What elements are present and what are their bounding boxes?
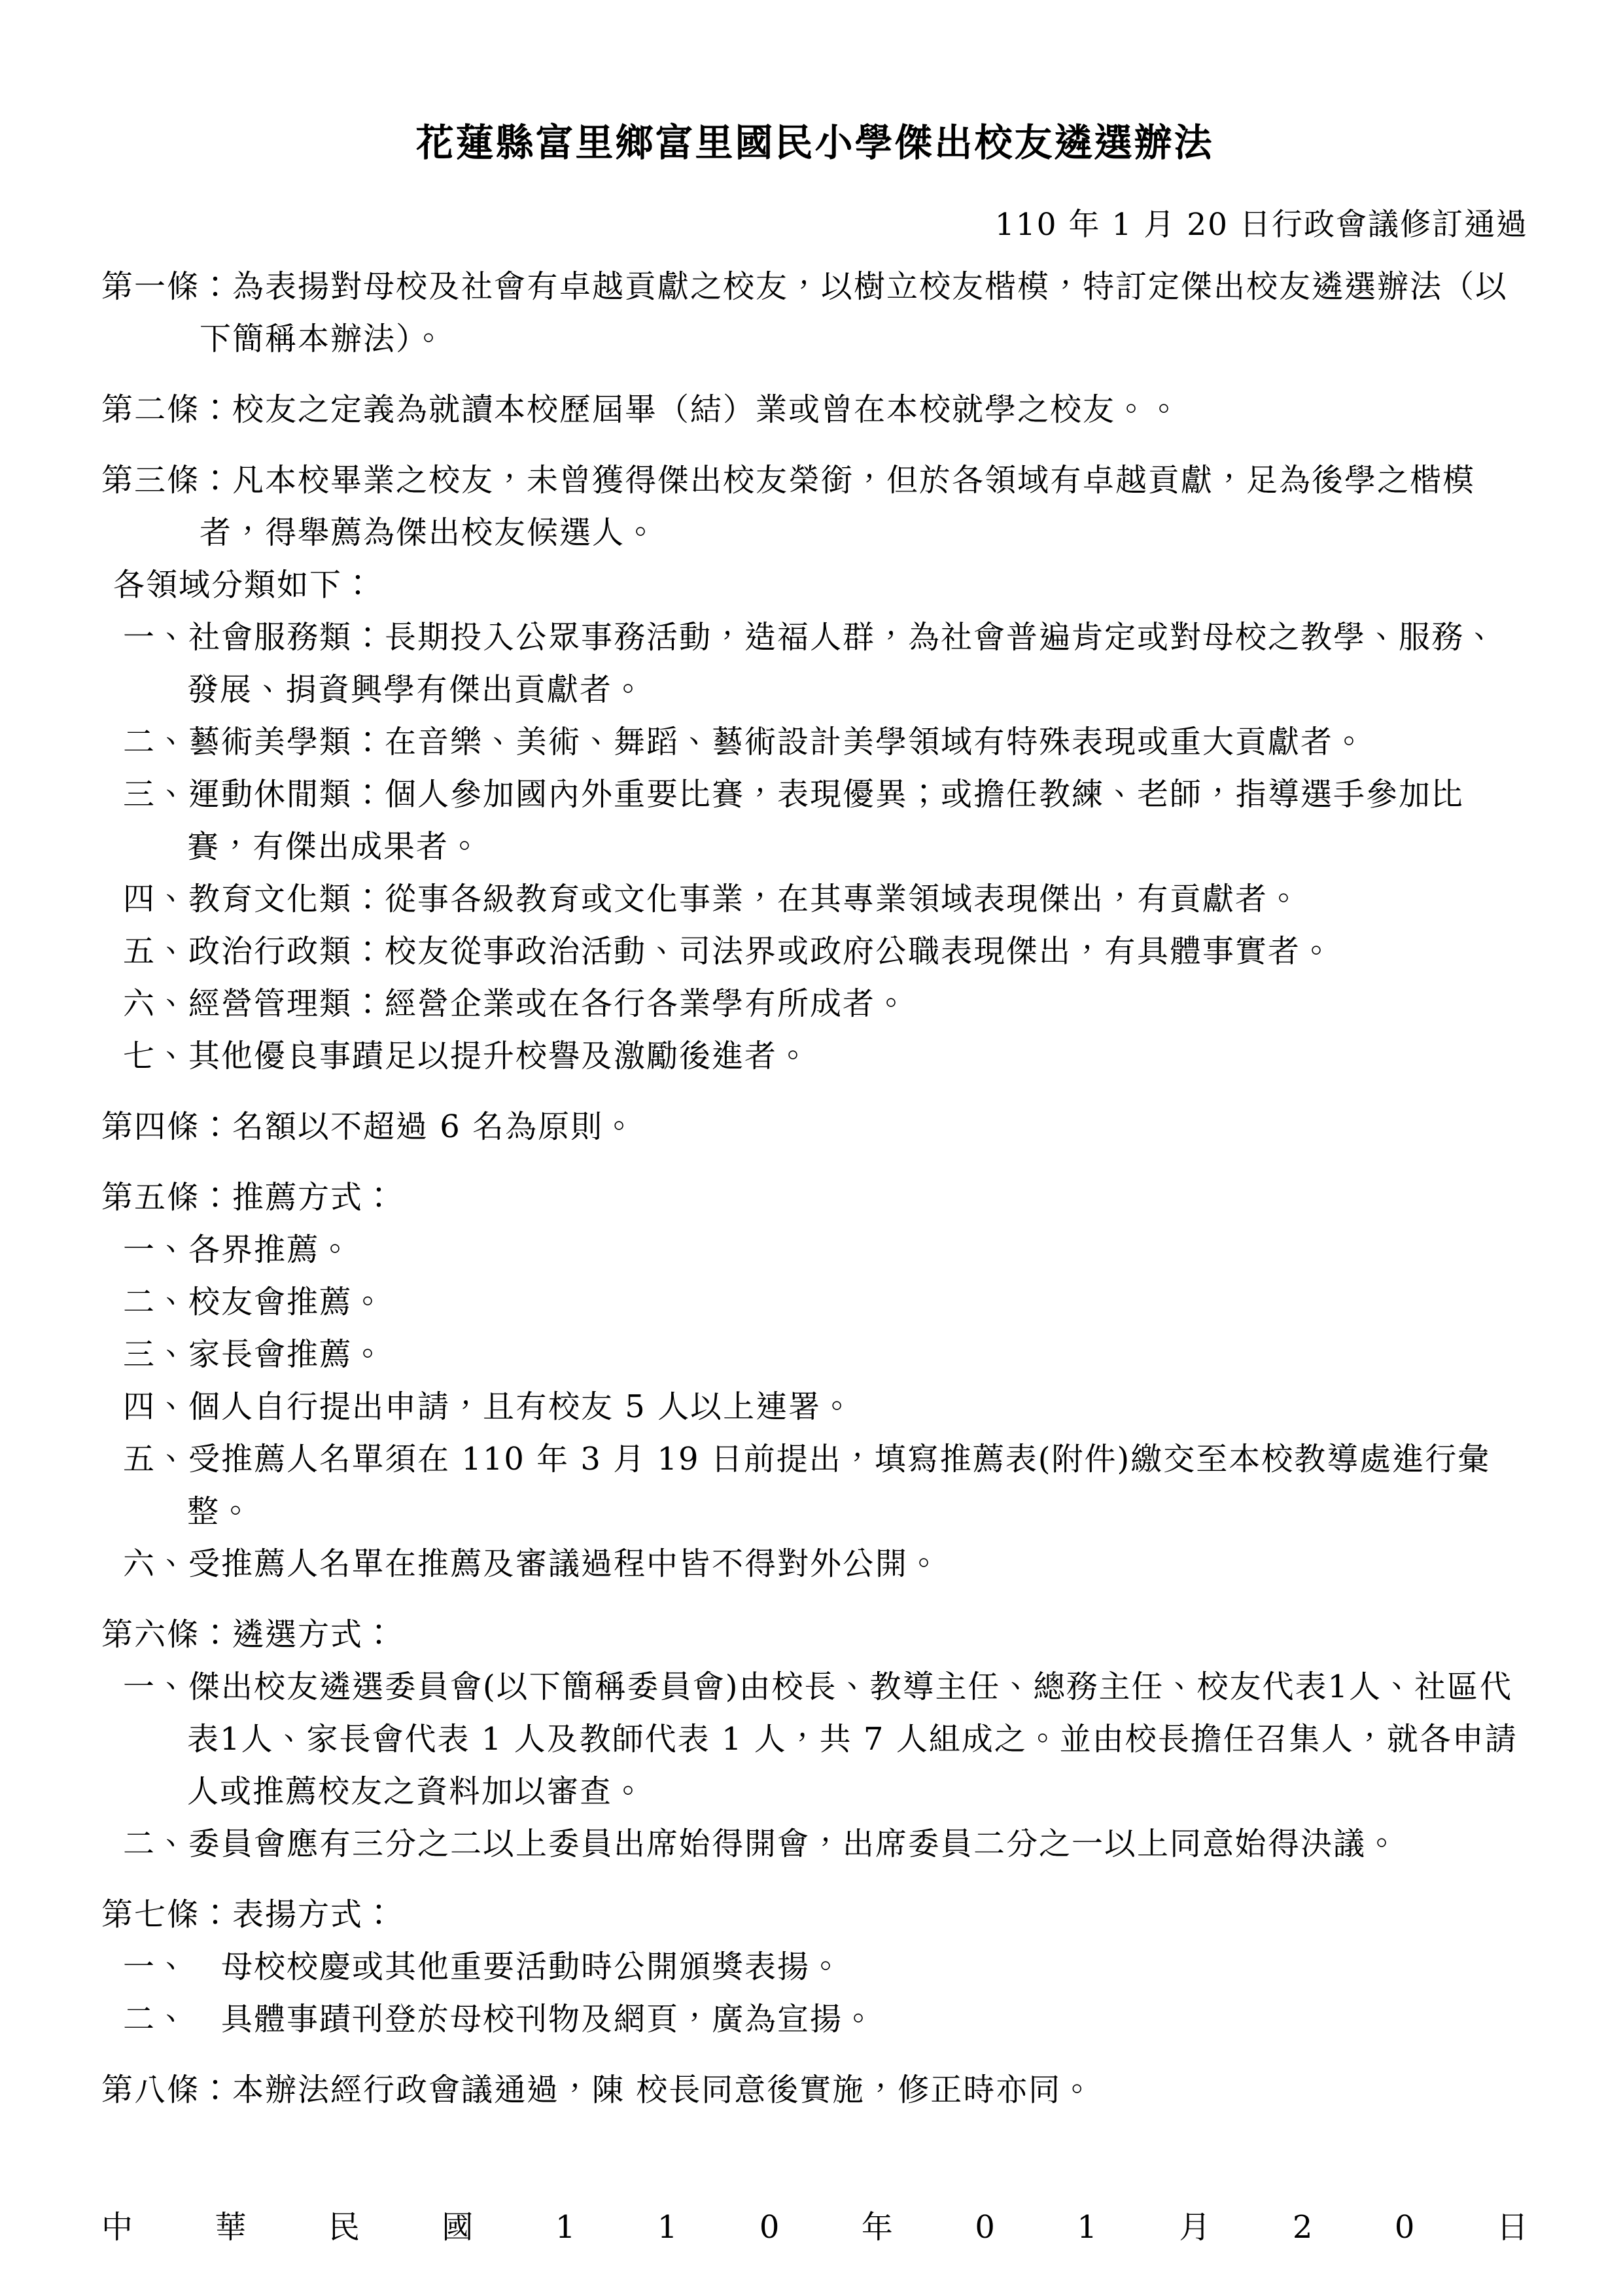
roc-date-char: 1 <box>657 2201 678 2253</box>
article-8-text: 本辦法經行政會議通過，陳 校長同意後實施，修正時亦同。 <box>232 2072 1094 2108</box>
roc-date-char: 1 <box>1077 2201 1097 2253</box>
revision-note: 110 年 1 月 20 日行政會議修訂通過 <box>101 199 1528 251</box>
item-text: 受推薦人名單在推薦及審議過程中皆不得對外公開。 <box>188 1545 941 1582</box>
article-5: 第五條：推薦方式： 一、各界推薦。 二、校友會推薦。 三、家長會推薦。 四、個人… <box>101 1171 1528 1590</box>
roc-date-char: 日 <box>1497 2201 1528 2253</box>
item-marker: 六、 <box>123 1545 188 1582</box>
roc-date-line: 中 華 民 國 1 1 0 年 0 1 月 2 0 日 <box>101 2201 1528 2253</box>
item-marker: 三、 <box>123 776 188 813</box>
article-2-text: 校友之定義為就讀本校歷屆畢（結）業或曾在本校就學之校友。。 <box>232 391 1181 428</box>
roc-date-char: 國 <box>442 2201 473 2253</box>
article-5-label: 第五條： <box>101 1179 232 1216</box>
item-marker: 一、 <box>123 1949 221 1985</box>
list-item: 六、經營管理類：經營企業或在各行各業學有所成者。 <box>123 978 1528 1030</box>
article-2-label: 第二條： <box>101 391 232 428</box>
article-8-paragraph: 第八條：本辦法經行政會議通過，陳 校長同意後實施，修正時亦同。 <box>101 2064 1528 2116</box>
list-item: 四、教育文化類：從事各級教育或文化事業，在其專業領域表現傑出，有貢獻者。 <box>123 873 1528 925</box>
article-5-text: 推薦方式： <box>232 1179 396 1216</box>
item-text: 經營管理類：經營企業或在各行各業學有所成者。 <box>188 985 908 1022</box>
item-text: 其他優良事蹟足以提升校譽及激勵後進者。 <box>188 1038 810 1074</box>
article-8: 第八條：本辦法經行政會議通過，陳 校長同意後實施，修正時亦同。 <box>101 2064 1528 2116</box>
item-marker: 二、 <box>123 1826 188 1862</box>
article-7-label: 第七條： <box>101 1896 232 1933</box>
list-item: 二、 具體事蹟刊登於母校刊物及網頁，廣為宣揚。 <box>123 1993 1528 2045</box>
roc-date-char: 月 <box>1179 2201 1210 2253</box>
article-4-text: 名額以不超過 6 名為原則。 <box>232 1108 636 1145</box>
item-marker: 五、 <box>123 1441 188 1477</box>
list-item: 二、委員會應有三分之二以上委員出席始得開會，出席委員二分之一以上同意始得決議。 <box>123 1818 1528 1870</box>
item-marker: 二、 <box>123 724 188 760</box>
document-content: 花蓮縣富里鄉富里國民小學傑出校友遴選辦法 110 年 1 月 20 日行政會議修… <box>0 0 1623 2253</box>
item-marker: 二、 <box>123 1284 188 1320</box>
item-text: 藝術美學類：在音樂、美術、舞蹈、藝術設計美學領域有特殊表現或重大貢獻者。 <box>188 724 1366 760</box>
item-marker: 六、 <box>123 985 188 1022</box>
article-3: 第三條：凡本校畢業之校友，未曾獲得傑出校友榮銜，但於各領域有卓越貢獻，足為後學之… <box>101 454 1528 1082</box>
article-7: 第七條：表揚方式： 一、 母校校慶或其他重要活動時公開頒獎表揚。 二、 具體事蹟… <box>101 1888 1528 2045</box>
item-marker: 四、 <box>123 1388 188 1425</box>
roc-date-char: 2 <box>1293 2201 1313 2253</box>
item-text: 傑出校友遴選委員會(以下簡稱委員會)由校長、教導主任、總務主任、校友代表1人、社… <box>187 1669 1518 1810</box>
list-item: 二、校友會推薦。 <box>123 1276 1528 1328</box>
article-1-label: 第一條： <box>101 268 232 305</box>
roc-date-char: 華 <box>215 2201 246 2253</box>
list-item: 一、社會服務類：長期投入公眾事務活動，造福人群，為社會普遍肯定或對母校之教學、服… <box>123 611 1528 716</box>
item-text: 具體事蹟刊登於母校刊物及網頁，廣為宣揚。 <box>221 2001 875 2038</box>
item-marker: 一、 <box>123 1231 188 1268</box>
article-5-paragraph: 第五條：推薦方式： <box>101 1171 1528 1224</box>
roc-date-char: 0 <box>759 2201 780 2253</box>
item-text: 運動休閒類：個人參加國內外重要比賽，表現優異；或擔任教練、老師，指導選手參加比賽… <box>187 776 1464 865</box>
article-6-text: 遴選方式： <box>232 1616 396 1653</box>
list-item: 一、 母校校慶或其他重要活動時公開頒獎表揚。 <box>123 1941 1528 1993</box>
document-title: 花蓮縣富里鄉富里國民小學傑出校友遴選辦法 <box>101 116 1528 169</box>
item-marker: 三、 <box>123 1336 188 1373</box>
article-3-label: 第三條： <box>101 462 232 499</box>
item-text: 教育文化類：從事各級教育或文化事業，在其專業領域表現傑出，有貢獻者。 <box>188 881 1300 917</box>
list-item: 四、個人自行提出申請，且有校友 5 人以上連署。 <box>123 1381 1528 1433</box>
article-7-text: 表揚方式： <box>232 1896 396 1933</box>
article-1: 第一條：為表揚對母校及社會有卓越貢獻之校友，以樹立校友楷模，特訂定傑出校友遴選辦… <box>101 260 1528 365</box>
article-4-paragraph: 第四條：名額以不超過 6 名為原則。 <box>101 1101 1528 1153</box>
item-text: 社會服務類：長期投入公眾事務活動，造福人群，為社會普遍肯定或對母校之教學、服務、… <box>187 619 1497 708</box>
item-text: 受推薦人名單須在 110 年 3 月 19 日前提出，填寫推薦表(附件)繳交至本… <box>187 1441 1490 1530</box>
item-marker: 二、 <box>123 2001 221 2038</box>
document-page: 花蓮縣富里鄉富里國民小學傑出校友遴選辦法 110 年 1 月 20 日行政會議修… <box>0 0 1623 2296</box>
item-text: 校友會推薦。 <box>188 1284 385 1320</box>
item-text: 母校校慶或其他重要活動時公開頒獎表揚。 <box>221 1949 843 1985</box>
list-item: 五、受推薦人名單須在 110 年 3 月 19 日前提出，填寫推薦表(附件)繳交… <box>123 1433 1528 1538</box>
article-3-note: 各領域分類如下： <box>113 559 1528 611</box>
item-text: 各界推薦。 <box>188 1231 352 1268</box>
item-marker: 一、 <box>123 619 188 656</box>
roc-date-char: 0 <box>975 2201 995 2253</box>
list-item: 三、家長會推薦。 <box>123 1328 1528 1381</box>
list-item: 五、政治行政類：校友從事政治活動、司法界或政府公職表現傑出，有具體事實者。 <box>123 925 1528 978</box>
article-7-paragraph: 第七條：表揚方式： <box>101 1888 1528 1941</box>
item-text: 委員會應有三分之二以上委員出席始得開會，出席委員二分之一以上同意始得決議。 <box>188 1826 1399 1862</box>
roc-date-char: 0 <box>1395 2201 1415 2253</box>
article-6-label: 第六條： <box>101 1616 232 1653</box>
list-item: 一、各界推薦。 <box>123 1224 1528 1276</box>
article-4: 第四條：名額以不超過 6 名為原則。 <box>101 1101 1528 1153</box>
roc-date-char: 民 <box>328 2201 360 2253</box>
roc-date-char: 年 <box>862 2201 893 2253</box>
roc-date-char: 中 <box>101 2201 133 2253</box>
article-6-paragraph: 第六條：遴選方式： <box>101 1608 1528 1661</box>
article-6: 第六條：遴選方式： 一、傑出校友遴選委員會(以下簡稱委員會)由校長、教導主任、總… <box>101 1608 1528 1870</box>
item-text: 個人自行提出申請，且有校友 5 人以上連署。 <box>188 1388 854 1425</box>
item-text: 家長會推薦。 <box>188 1336 385 1373</box>
article-4-label: 第四條： <box>101 1108 232 1145</box>
article-3-text: 凡本校畢業之校友，未曾獲得傑出校友榮銜，但於各領域有卓越貢獻，足為後學之楷模者，… <box>200 462 1475 551</box>
list-item: 一、傑出校友遴選委員會(以下簡稱委員會)由校長、教導主任、總務主任、校友代表1人… <box>123 1661 1528 1818</box>
item-marker: 五、 <box>123 933 188 970</box>
item-marker: 七、 <box>123 1038 188 1074</box>
article-2: 第二條：校友之定義為就讀本校歷屆畢（結）業或曾在本校就學之校友。。 <box>101 383 1528 436</box>
article-1-text: 為表揚對母校及社會有卓越貢獻之校友，以樹立校友楷模，特訂定傑出校友遴選辦法（以下… <box>200 268 1508 357</box>
list-item: 二、藝術美學類：在音樂、美術、舞蹈、藝術設計美學領域有特殊表現或重大貢獻者。 <box>123 716 1528 768</box>
list-item: 六、受推薦人名單在推薦及審議過程中皆不得對外公開。 <box>123 1538 1528 1590</box>
article-1-paragraph: 第一條：為表揚對母校及社會有卓越貢獻之校友，以樹立校友楷模，特訂定傑出校友遴選辦… <box>101 260 1528 365</box>
item-marker: 一、 <box>123 1669 188 1705</box>
article-8-label: 第八條： <box>101 2072 232 2108</box>
article-3-paragraph: 第三條：凡本校畢業之校友，未曾獲得傑出校友榮銜，但於各領域有卓越貢獻，足為後學之… <box>101 454 1528 559</box>
list-item: 三、運動休閒類：個人參加國內外重要比賽，表現優異；或擔任教練、老師，指導選手參加… <box>123 768 1528 873</box>
list-item: 七、其他優良事蹟足以提升校譽及激勵後進者。 <box>123 1030 1528 1082</box>
article-2-paragraph: 第二條：校友之定義為就讀本校歷屆畢（結）業或曾在本校就學之校友。。 <box>101 383 1528 436</box>
roc-date-char: 1 <box>555 2201 576 2253</box>
item-marker: 四、 <box>123 881 188 917</box>
item-text: 政治行政類：校友從事政治活動、司法界或政府公職表現傑出，有具體事實者。 <box>188 933 1333 970</box>
